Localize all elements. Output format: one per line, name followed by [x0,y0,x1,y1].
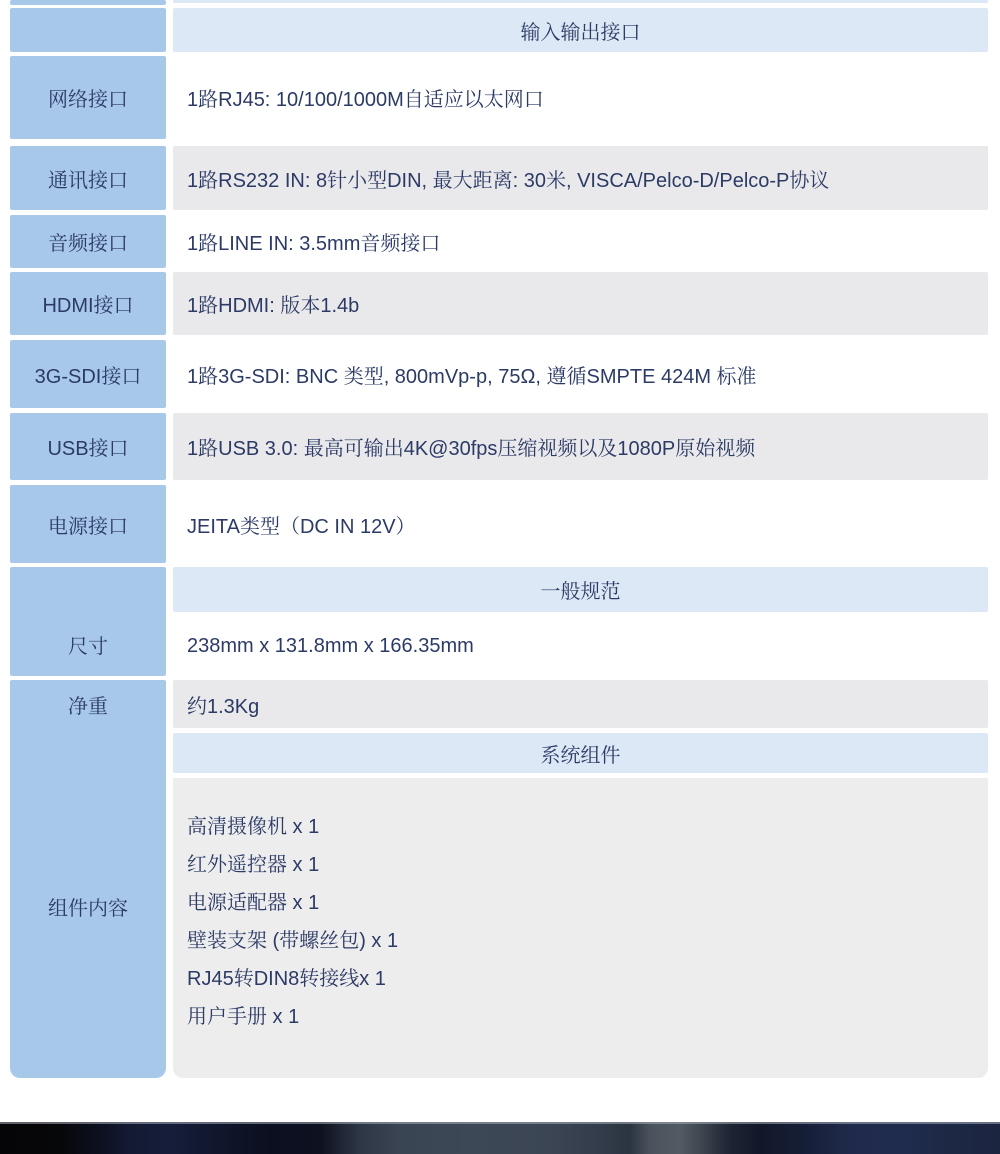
section-header-system: 系统组件 [173,733,988,773]
value-cell-weight: 约1.3Kg [173,680,988,728]
value-cell-sdi: 1路3G-SDI: BNC 类型, 800mVp-p, 75Ω, 遵循SMPTE… [173,340,988,408]
component-item: 用户手册 x 1 [187,998,974,1036]
label-cell-io-header-spacer [10,8,166,52]
label-cell-audio: 音频接口 [10,215,166,268]
value-cell-dimensions: 238mm x 131.8mm x 166.35mm [173,617,988,676]
value-cell-audio: 1路LINE IN: 3.5mm音频接口 [173,215,988,268]
label-components: 组件内容 [10,892,166,921]
label-cell-sdi: 3G-SDI接口 [10,340,166,408]
component-item: RJ45转DIN8转接线x 1 [187,960,974,998]
label-cell-dimensions: 尺寸 [10,567,166,676]
label-weight: 净重 [10,690,166,719]
section-header-io: 输入输出接口 [173,8,988,52]
value-cell-network: 1路RJ45: 10/100/1000M自适应以太网口 [173,56,988,139]
component-item: 高清摄像机 x 1 [187,808,974,846]
value-cell-comm: 1路RS232 IN: 8针小型DIN, 最大距离: 30米, VISCA/Pe… [173,146,988,210]
label-cell-comm: 通讯接口 [10,146,166,210]
value-cell-power: JEITA类型（DC IN 12V） [173,485,988,563]
section-header-general: 一般规范 [173,567,988,612]
value-cell-hdmi: 1路HDMI: 版本1.4b [173,272,988,335]
label-cell-weight-components: 净重 组件内容 [10,680,166,1078]
component-item: 电源适配器 x 1 [187,884,974,922]
previous-row-edge [173,0,988,3]
label-cell-usb: USB接口 [10,413,166,480]
product-photo-top-edge [0,1122,1000,1154]
label-column-top-remnant [10,0,166,5]
component-item: 壁装支架 (带螺丝包) x 1 [187,922,974,960]
label-cell-network: 网络接口 [10,56,166,139]
component-item: 红外遥控器 x 1 [187,846,974,884]
value-cell-usb: 1路USB 3.0: 最高可输出4K@30fps压缩视频以及1080P原始视频 [173,413,988,480]
label-cell-hdmi: HDMI接口 [10,272,166,335]
label-cell-power: 电源接口 [10,485,166,563]
spec-table-page: 输入输出接口 网络接口 1路RJ45: 10/100/1000M自适应以太网口 … [0,0,1000,1154]
value-cell-components: 高清摄像机 x 1 红外遥控器 x 1 电源适配器 x 1 壁装支架 (带螺丝包… [173,778,988,1078]
